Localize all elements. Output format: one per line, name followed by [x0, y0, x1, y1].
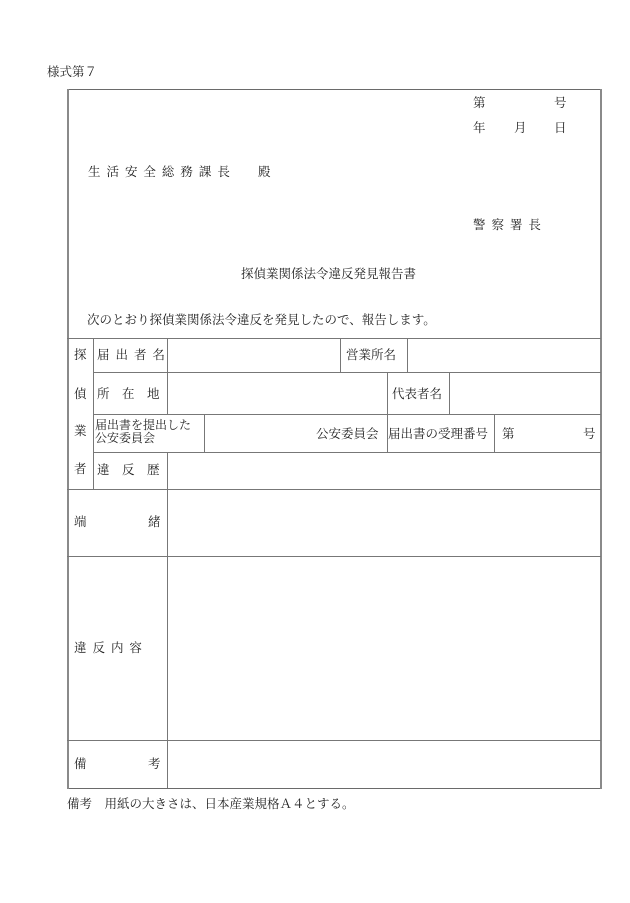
violation-history-label: 違 反 歴 [97, 463, 160, 477]
addressee-honorific: 殿 [258, 165, 271, 179]
commission-label-line2: 公安委員会 [95, 432, 155, 444]
origin-field[interactable] [168, 490, 600, 556]
frame-right-border [600, 89, 602, 789]
frame-left-border [67, 89, 69, 789]
date-day-label: 日 [554, 121, 567, 135]
commission-field[interactable] [205, 415, 310, 452]
group-label-char: 偵 [74, 387, 87, 401]
remarks-label-right: 考 [148, 757, 161, 771]
notifier-name-field[interactable] [168, 339, 340, 372]
form-number: 様式第７ [47, 65, 97, 79]
violation-history-field[interactable] [168, 453, 600, 489]
col-line [340, 338, 341, 372]
frame-bottom-border [67, 788, 601, 789]
intro-text: 次のとおり探偵業関係法令違反を発見したので、報告します。 [87, 313, 436, 327]
footer-note: 備考 用紙の大きさは、日本産業規格Ａ４とする。 [67, 797, 355, 811]
sender: 警 察 署 長 [473, 218, 542, 232]
date-month-label: 月 [514, 121, 527, 135]
addressee: 生 活 安 全 総 務 課 長 [88, 165, 231, 179]
col-line [93, 338, 94, 489]
office-name-field[interactable] [408, 339, 600, 372]
group-label-char: 探 [74, 348, 87, 362]
remarks-label-left: 備 [74, 757, 87, 771]
origin-label-right: 緒 [148, 515, 161, 529]
office-name-label: 営業所名 [346, 348, 396, 362]
commission-suffix: 公安委員会 [316, 427, 379, 441]
address-field[interactable] [168, 373, 387, 414]
frame-top-border [67, 89, 601, 90]
col-line [494, 414, 495, 452]
violation-content-field[interactable] [168, 557, 600, 740]
doc-no-suffix: 号 [554, 96, 567, 110]
receipt-no-suffix: 号 [583, 427, 596, 441]
doc-no-prefix: 第 [473, 96, 486, 110]
origin-label-left: 端 [74, 515, 87, 529]
group-label-char: 者 [74, 462, 87, 476]
report-title: 探偵業関係法令違反発見報告書 [241, 267, 416, 281]
date-year-label: 年 [473, 121, 486, 135]
representative-label: 代表者名 [392, 387, 442, 401]
receipt-no-label: 届出書の受理番号 [388, 427, 488, 441]
violation-content-label: 違 反 内 容 [74, 641, 143, 655]
commission-label-line1: 届出書を提出した [95, 419, 191, 431]
group-label-char: 業 [74, 424, 87, 438]
notifier-name-label: 届 出 者 名 [97, 348, 166, 362]
receipt-no-prefix: 第 [502, 427, 515, 441]
address-label: 所 在 地 [97, 387, 160, 401]
receipt-no-field[interactable] [516, 415, 578, 452]
remarks-field[interactable] [168, 741, 600, 788]
representative-field[interactable] [450, 373, 600, 414]
doc-no-field[interactable] [485, 94, 551, 112]
